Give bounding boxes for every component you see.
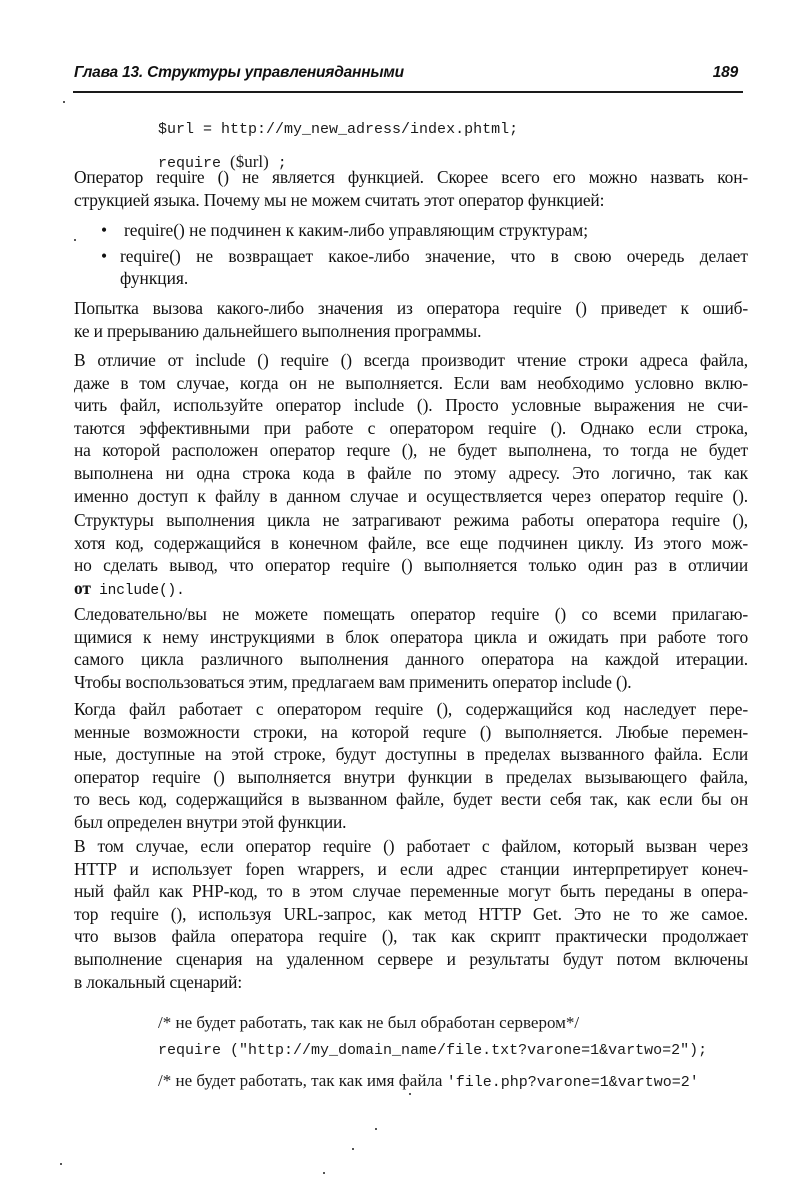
scan-speck: [63, 101, 65, 103]
text-line: тор require (), используя URL-запрос, ка…: [74, 903, 748, 926]
scan-speck: [352, 1148, 354, 1150]
bullet-icon: •: [101, 219, 107, 242]
scan-speck: [375, 1128, 377, 1130]
text-line: то весь код, содержащийся в вызванном фа…: [74, 788, 748, 811]
text-line: самого цикла различного выполнения данно…: [74, 648, 748, 671]
text-line: Попытка вызова какого-либо значения из о…: [74, 297, 748, 320]
page-number: 189: [713, 64, 738, 82]
text-line: струкцией языка. Почему мы не можем счит…: [74, 189, 748, 212]
paragraph-loops: Структуры выполнения цикла не затрагиваю…: [74, 509, 748, 602]
code-comment: /* не будет работать, так как имя файла: [158, 1071, 447, 1090]
text-line: Оператор require () не является функцией…: [74, 166, 748, 189]
scan-speck: [409, 1093, 411, 1095]
paragraph-error: Попытка вызова какого-либо значения из о…: [74, 297, 748, 342]
text-line: Чтобы воспользоваться этим, предлагаем в…: [74, 671, 748, 694]
bullet-text: require() не возвращает какое-либо значе…: [120, 245, 748, 268]
text-line: оператор require () выполняется внутри ф…: [74, 766, 748, 789]
text-line: В отличие от include () require () всегд…: [74, 349, 748, 372]
text-line: что вызов файла оператора require (), та…: [74, 925, 748, 948]
header-rule: [73, 91, 743, 93]
chapter-title: Глава 13. Структуры управленияданными: [74, 64, 404, 82]
text-word: от: [74, 578, 91, 598]
text-line: ный файл как PHP-код, то в этом случае п…: [74, 880, 748, 903]
bullet-text: функция.: [120, 267, 748, 290]
text-line: Когда файл работает с оператором require…: [74, 698, 748, 721]
bullet-list: • require() не подчинен к каким-либо упр…: [74, 219, 748, 293]
text-line: именно доступ к файлу в данном случае и …: [74, 485, 748, 508]
paragraph-scope: Когда файл работает с оператором require…: [74, 698, 748, 834]
book-page: Глава 13. Структуры управленияданными 18…: [0, 0, 791, 1200]
text-line: щимися к нему инструкциями в блок операт…: [74, 626, 748, 649]
inline-code: include().: [99, 583, 185, 599]
bullet-item: • require() не возвращает какое-либо зна…: [74, 245, 748, 290]
text-line: выполнена ни одна строка кода в файле по…: [74, 462, 748, 485]
text-line: В том случае, если оператор require () р…: [74, 835, 748, 858]
text-line: чить файл, используйте оператор include …: [74, 394, 748, 417]
text-line: ные, доступные на этой строке, будут дос…: [74, 743, 748, 766]
paragraph-http: В том случае, если оператор require () р…: [74, 835, 748, 993]
text-line: менные возможности строки, на которой re…: [74, 721, 748, 744]
paragraph-consequently: Следовательно/вы не можете помещать опер…: [74, 603, 748, 693]
code-text: 'file.php?varone=1&vartwo=2': [447, 1074, 699, 1091]
text-line: хотя код, содержащийся в конечном файле,…: [74, 532, 748, 555]
text-line: от include().: [74, 577, 748, 603]
text-line: на которой расположен оператор requre ()…: [74, 439, 748, 462]
text-line: таются эффективными при работе с операто…: [74, 417, 748, 440]
paragraph-intro: Оператор require () не является функцией…: [74, 166, 748, 211]
paragraph-include-diff: В отличие от include () require () всегд…: [74, 349, 748, 507]
text-line: Структуры выполнения цикла не затрагиваю…: [74, 509, 748, 532]
text-line: ке и прерыванию дальнейшего выполнения п…: [74, 320, 748, 343]
bullet-text: require() не подчинен к каким-либо управ…: [124, 220, 588, 240]
running-head: Глава 13. Структуры управленияданными 18…: [74, 64, 742, 86]
bullet-item: • require() не подчинен к каким-либо упр…: [74, 219, 748, 242]
scan-speck: [74, 239, 76, 241]
scan-speck: [323, 1172, 325, 1174]
text-line: в локальный сценарий:: [74, 971, 748, 994]
text-line: даже в том случае, когда он не выполняет…: [74, 372, 748, 395]
text-line: Следовательно/вы не можете помещать опер…: [74, 603, 748, 626]
bullet-icon: •: [101, 245, 107, 268]
text-line: выполнение сценария на удаленном сервере…: [74, 948, 748, 971]
text-line: но сделать вывод, что оператор require (…: [74, 554, 748, 577]
text-line: был определен внутри этой функции.: [74, 811, 748, 834]
code-comment-2: /* не будет работать, так как имя файла …: [122, 1054, 699, 1108]
scan-speck: [60, 1163, 62, 1165]
text-line: HTTP и использует fopen wrappers, и если…: [74, 858, 748, 881]
